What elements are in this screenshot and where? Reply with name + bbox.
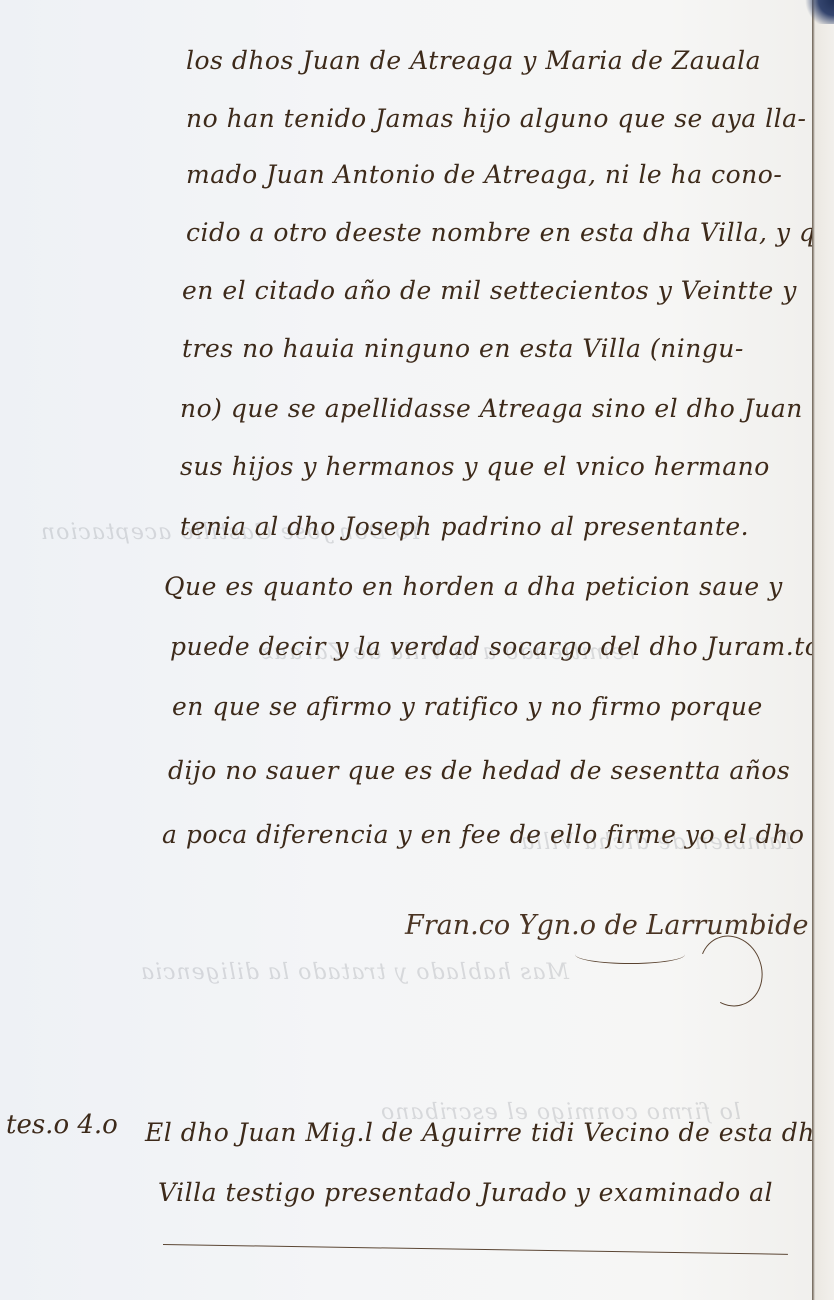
body-line: cido a otro deeste nombre en esta dha Vi… [186, 218, 834, 247]
next-entry-line: Villa testigo presentado Jurado y examin… [158, 1178, 773, 1207]
signature: Fran.co Ygn.o de Larrumbide [405, 910, 808, 941]
next-entry-line: El dho Juan Mig.l de Aguirre tidi Vecino… [145, 1118, 830, 1147]
body-line: sus hijos y hermanos y que el vnico herm… [180, 452, 770, 481]
body-line: en el citado año de mil settecientos y V… [182, 276, 797, 305]
page-edge [812, 0, 834, 1300]
closing-rule [163, 1244, 788, 1255]
signature-flourish [575, 945, 685, 964]
body-line: Que es quanto en horden a dha peticion s… [164, 572, 783, 601]
body-line: no) que se apellidasse Atreaga sino el d… [180, 394, 803, 423]
body-line: mado Juan Antonio de Atreaga, ni le ha c… [186, 160, 782, 189]
body-line: tenia al dho Joseph padrino al presentan… [180, 512, 749, 541]
corner-shadow [804, 0, 834, 24]
body-line: dijo no sauer que es de hedad de sesentt… [168, 756, 790, 785]
body-line: puede decir y la verdad socargo del dho … [170, 632, 820, 661]
body-line: no han tenido Jamas hijo alguno que se a… [186, 104, 807, 133]
bleed-through-text: Mas hablado y tratado la diligencia [140, 960, 569, 985]
body-line: a poca diferencia y en fee de ello firme… [162, 820, 804, 849]
body-line: los dhos Juan de Atreaga y Maria de Zaua… [186, 46, 761, 75]
margin-note: tes.o 4.o [6, 1110, 118, 1140]
body-line: tres no hauia ninguno en esta Villa (nin… [182, 334, 744, 363]
body-line: en que se afirmo y ratifico y no firmo p… [172, 692, 763, 721]
manuscript-page: Yo Don Jose Castillo aceptacion remitien… [0, 0, 834, 1300]
